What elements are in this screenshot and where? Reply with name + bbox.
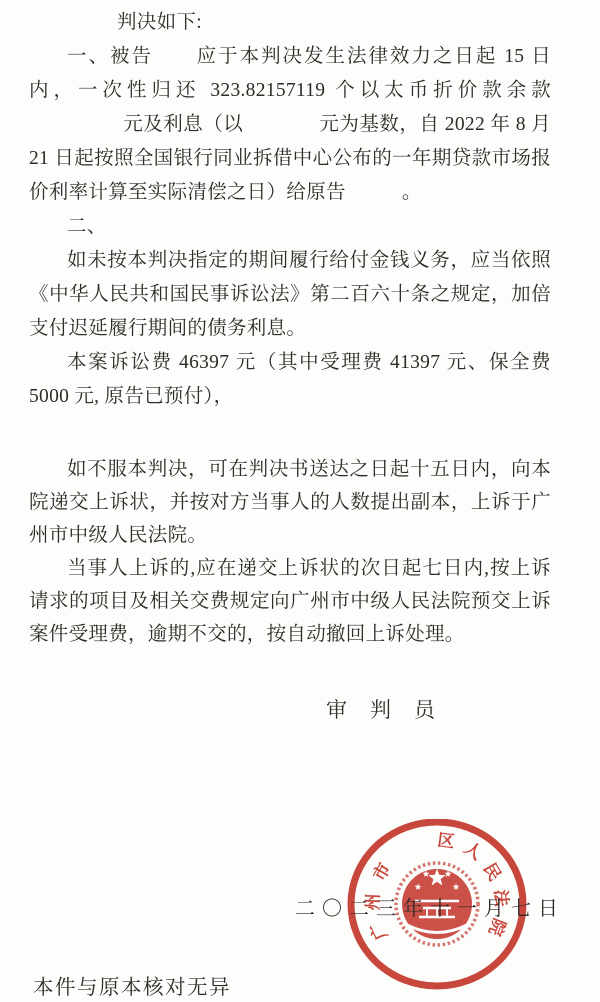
- redacted-blank: [243, 128, 319, 130]
- judgment-orders: 一、被告应于本判决发生法律效力之日起 15 日内，一次性归还 323.82157…: [29, 40, 551, 414]
- redacted-blank: [29, 128, 123, 130]
- judgment-document-page: 判决如下: 一、被告应于本判决发生法律效力之日起 15 日内，一次性归还 323…: [0, 0, 600, 1002]
- paragraph-text: 当事人上诉的,应在递交上诉状的次日起七日内,按上诉请求的项目及相关交费规定向广州…: [29, 558, 551, 645]
- redacted-blank: [346, 196, 402, 198]
- litigation-fees-clause: 本案诉讼费 46397 元（其中受理费 41397 元、保全费 5000 元, …: [29, 346, 551, 414]
- judgment-intro-line: 判决如下:: [29, 6, 551, 40]
- paragraph-text: 本案诉讼费 46397 元（其中受理费 41397 元、保全费 5000 元, …: [29, 352, 551, 407]
- judgment-body-appeal: 如不服本判决，可在判决书送达之日起十五日内，向本院递交上诉状，并按对方当事人的人…: [29, 453, 551, 651]
- redacted-blank: [153, 60, 195, 62]
- paragraph-text: 元及利息（以: [123, 114, 243, 135]
- seal-char: 广: [366, 919, 391, 943]
- seal-char: 区: [436, 830, 455, 851]
- judgment-body-upper: 判决如下: 一、被告应于本判决发生法律效力之日起 15 日内，一次性归还 323…: [29, 6, 551, 414]
- paragraph-text: 一、被告: [67, 46, 153, 67]
- copy-verification-note: 本件与原本核对无异: [33, 970, 231, 1000]
- paragraph-text: 如未按本判决指定的期间履行给付金钱义务，应当依照《中华人民共和国民事诉讼法》第二…: [29, 250, 551, 339]
- late-performance-interest-clause: 如未按本判决指定的期间履行给付金钱义务，应当依照《中华人民共和国民事诉讼法》第二…: [29, 244, 551, 346]
- paragraph-text: 如不服本判决，可在判决书送达之日起十五日内，向本院递交上诉状，并按对方当事人的人…: [29, 459, 551, 546]
- appeal-rights-clause: 如不服本判决，可在判决书送达之日起十五日内，向本院递交上诉状，并按对方当事人的人…: [29, 453, 551, 552]
- judge-signature-label: 审 判 员: [326, 694, 436, 724]
- appeal-fee-clause: 当事人上诉的,应在递交上诉状的次日起七日内,按上诉请求的项目及相关交费规定向广州…: [29, 552, 551, 651]
- appeal-instructions: 如不服本判决，可在判决书送达之日起十五日内，向本院递交上诉状，并按对方当事人的人…: [29, 453, 551, 651]
- paragraph-text: 二、: [67, 216, 107, 237]
- seal-char: 人: [461, 838, 486, 863]
- order-item-2: 二、: [29, 210, 551, 244]
- seal-char: 市: [369, 859, 395, 884]
- judgment-date: 二〇二三年十一月七日: [295, 892, 565, 921]
- paragraph-text: 。: [402, 182, 422, 203]
- order-item-1: 一、被告应于本判决发生法律效力之日起 15 日内，一次性归还 323.82157…: [29, 40, 551, 210]
- seal-char: 民: [480, 860, 505, 884]
